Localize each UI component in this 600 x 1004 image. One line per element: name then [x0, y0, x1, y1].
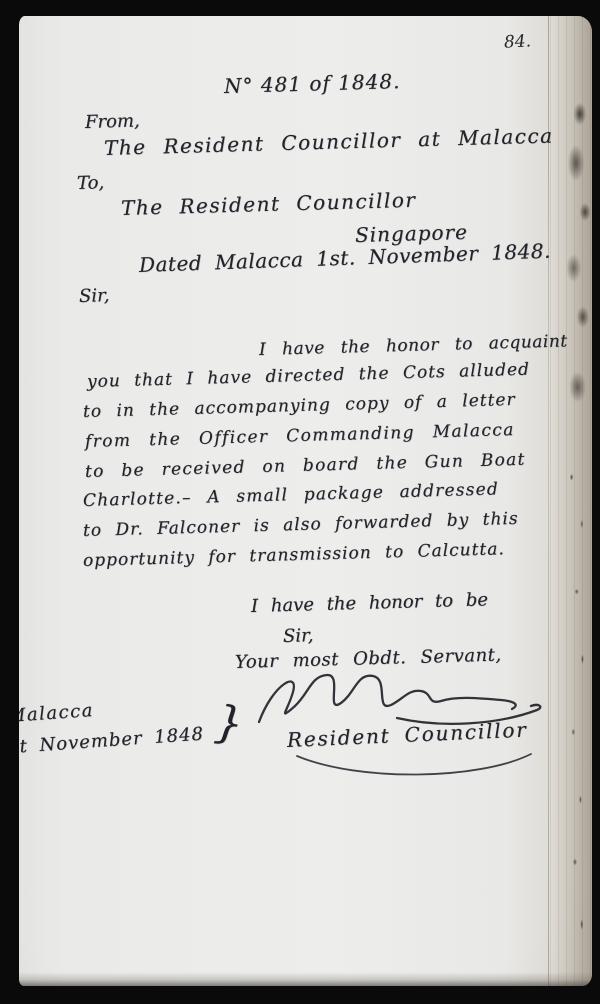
body-line: to in the accompanying copy of a letter — [83, 390, 516, 422]
from-label: From, — [85, 110, 140, 133]
salutation: Sir, — [79, 285, 110, 307]
fore-edge-grime — [554, 86, 592, 436]
to-label: To, — [77, 172, 105, 194]
body-line: opportunity for transmission to Calcutta… — [83, 539, 505, 571]
body-line: Charlotte.– A small package addressed — [83, 479, 499, 511]
body-line: from the Officer Commanding Malacca — [85, 420, 515, 452]
body-line: to be received on board the Gun Boat — [85, 450, 526, 482]
from-value: The Resident Councillor at Malacca — [104, 123, 554, 160]
signature-flourish — [289, 752, 539, 782]
closing-line-2: Sir, — [283, 625, 314, 647]
body-line: you that I have directed the Cots allude… — [87, 360, 530, 392]
folio-number: 84. — [503, 31, 531, 52]
margin-note-place: Malacca — [19, 700, 95, 727]
margin-brace: } — [212, 696, 246, 750]
fore-edge-speckles — [558, 446, 592, 966]
margin-note-date: 1st November 1848 — [19, 724, 205, 759]
to-value: The Resident Councillor — [121, 188, 417, 220]
scanned-letter-screenshot: { "document": { "kind": "handwritten let… — [0, 0, 600, 1004]
page-crease-line — [548, 16, 549, 986]
page-bottom-shadow — [19, 972, 592, 986]
letter-reference: N° 481 of 1848. — [224, 69, 401, 98]
body-line: to Dr. Falconer is also forwarded by thi… — [83, 509, 519, 541]
dateline: Dated Malacca 1st. November 1848. — [139, 239, 552, 277]
closing-line-1: I have the honor to be — [251, 589, 489, 617]
letter-page: 84. N° 481 of 1848. From, The Resident C… — [19, 16, 592, 986]
body-line: I have the honor to acquaint — [259, 331, 568, 360]
